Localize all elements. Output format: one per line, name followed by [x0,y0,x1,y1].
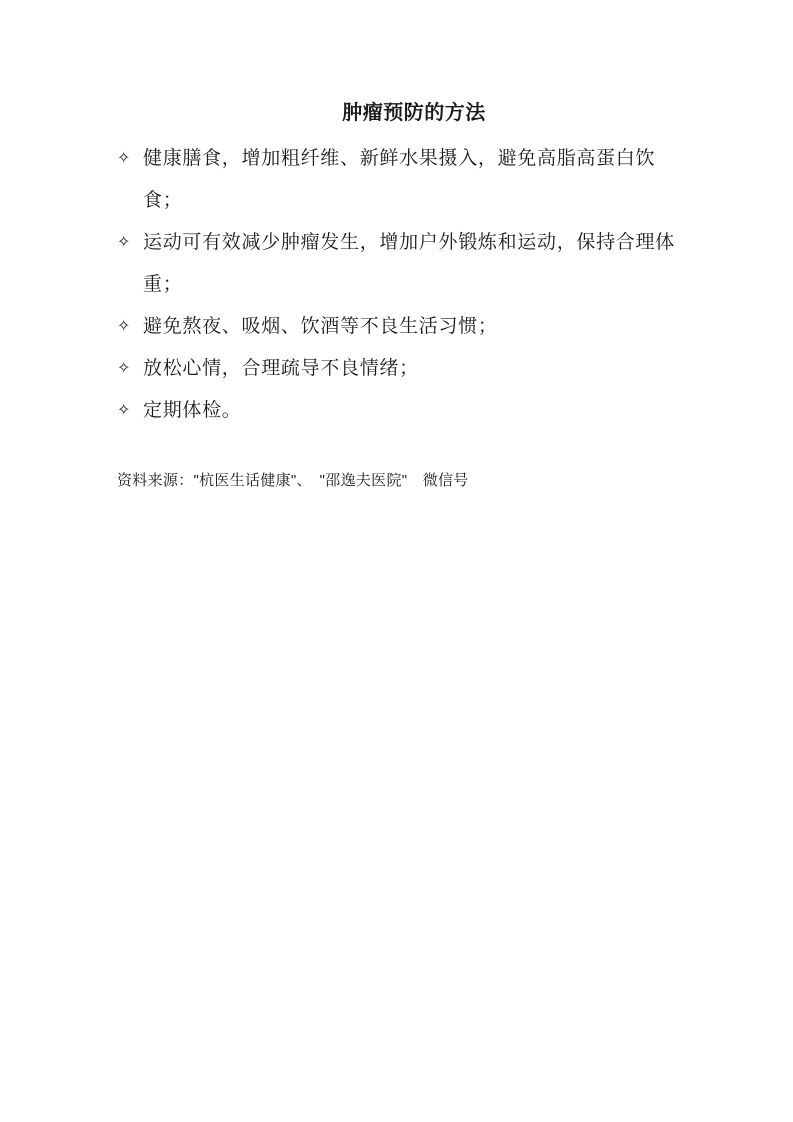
list-item-text: 健康膳食，增加粗纤维、新鲜水果摄入，避免高脂高蛋白饮食； [143,138,676,222]
list-item: ✧ 运动可有效减少肿瘤发生，增加户外锻炼和运动，保持合理体重； [117,222,677,306]
list-item: ✧ 定期体检。 [117,390,677,432]
list-item: ✧ 健康膳食，增加粗纤维、新鲜水果摄入，避免高脂高蛋白饮食； [117,138,677,222]
list-item-text: 放松心情，合理疏导不良情绪； [143,348,676,390]
four-pointed-star-bullet-icon: ✧ [117,306,143,348]
list-item-text: 运动可有效减少肿瘤发生，增加户外锻炼和运动，保持合理体重； [143,222,676,306]
document-page: 肿瘤预防的方法 ✧ 健康膳食，增加粗纤维、新鲜水果摄入，避免高脂高蛋白饮食； ✧… [0,0,793,1122]
list-item: ✧ 放松心情，合理疏导不良情绪； [117,348,677,390]
four-pointed-star-bullet-icon: ✧ [117,222,143,264]
four-pointed-star-bullet-icon: ✧ [117,138,143,180]
bullet-list: ✧ 健康膳食，增加粗纤维、新鲜水果摄入，避免高脂高蛋白饮食； ✧ 运动可有效减少… [117,138,677,432]
four-pointed-star-bullet-icon: ✧ [117,348,143,390]
four-pointed-star-bullet-icon: ✧ [117,390,143,432]
list-item-text: 定期体检。 [143,390,676,432]
page-title: 肿瘤预防的方法 [135,92,693,134]
source-attribution: 资料来源："杭医生话健康"、 "邵逸夫医院" 微信号 [117,470,715,491]
list-item-text: 避免熬夜、吸烟、饮酒等不良生活习惯； [143,306,676,348]
list-item: ✧ 避免熬夜、吸烟、饮酒等不良生活习惯； [117,306,677,348]
